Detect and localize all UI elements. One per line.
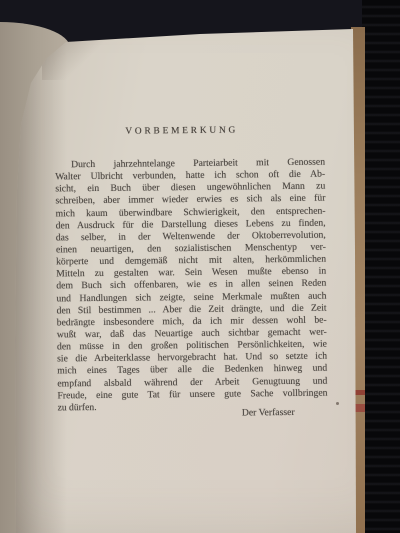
author-signature: Der Verfasser (242, 407, 295, 419)
book-photo: VORBEMERKUNG Durch jahrzehntelange Parte… (0, 0, 400, 533)
page-speck (336, 402, 339, 405)
dark-background-panel (362, 0, 400, 533)
page-heading: VORBEMERKUNG (47, 125, 317, 138)
page-content: VORBEMERKUNG Durch jahrzehntelange Parte… (53, 0, 329, 533)
foreword-paragraph: Durch jahrzehntelange Parteiarbeit mit G… (55, 157, 328, 415)
book-page: VORBEMERKUNG Durch jahrzehntelange Parte… (0, 0, 400, 533)
